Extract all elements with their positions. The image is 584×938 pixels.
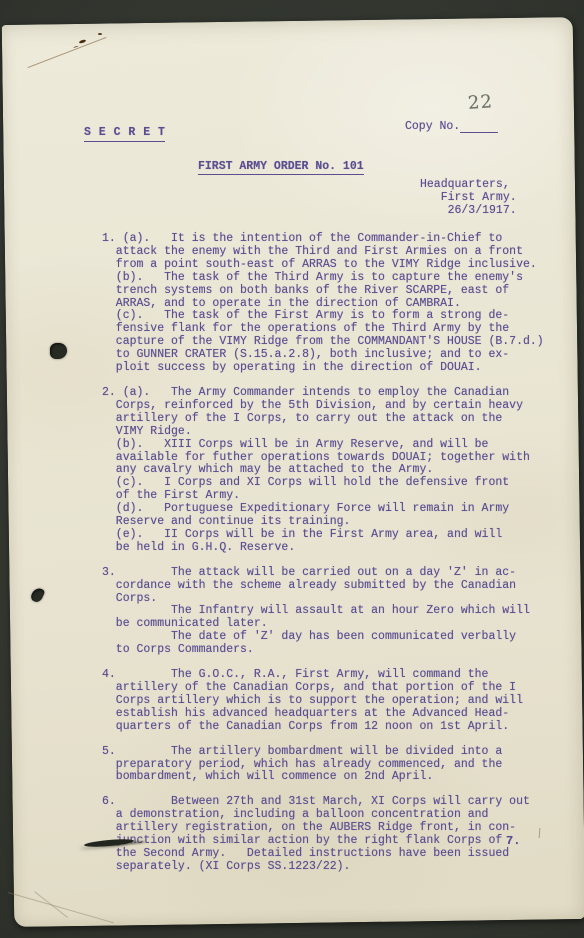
paragraph-2: 2. (a). The Army Commander intends to em… [102, 387, 562, 555]
punch-hole-bottom [30, 586, 46, 603]
paragraph-3: 3. The attack will be carried out on a d… [102, 567, 562, 657]
paragraph-4: 4. The G.O.C., R.A., First Army, will co… [102, 669, 562, 734]
copy-number-handwritten: 22 [467, 91, 493, 114]
scratch-dot [98, 33, 102, 35]
order-body: 1. (a). It is the intention of the Comma… [102, 233, 562, 886]
document-page: S E C R E T Copy No. 22 FIRST ARMY ORDER… [8, 20, 579, 923]
classification-stamp: S E C R E T [84, 126, 165, 142]
paragraph-1: 1. (a). It is the intention of the Comma… [102, 233, 562, 375]
scratch-mark [28, 37, 107, 68]
issued-header-block: Headquarters, First Army. 26/3/1917. [420, 178, 517, 217]
scratch-dot [79, 39, 87, 44]
paper-crease [34, 891, 68, 918]
punch-hole-top [50, 343, 67, 359]
copy-number-blank [460, 121, 498, 133]
paragraph-6: 6. Between 27th and 31st March, XI Corps… [102, 796, 562, 873]
paper-crease [8, 892, 114, 923]
copy-number-line: Copy No. [405, 120, 498, 133]
copy-number-label: Copy No. [405, 120, 460, 133]
page-title: FIRST ARMY ORDER No. 101 [198, 160, 364, 175]
paragraph-5: 5. The artillery bombardment will be div… [102, 746, 562, 785]
page-number: 7. [506, 834, 520, 848]
